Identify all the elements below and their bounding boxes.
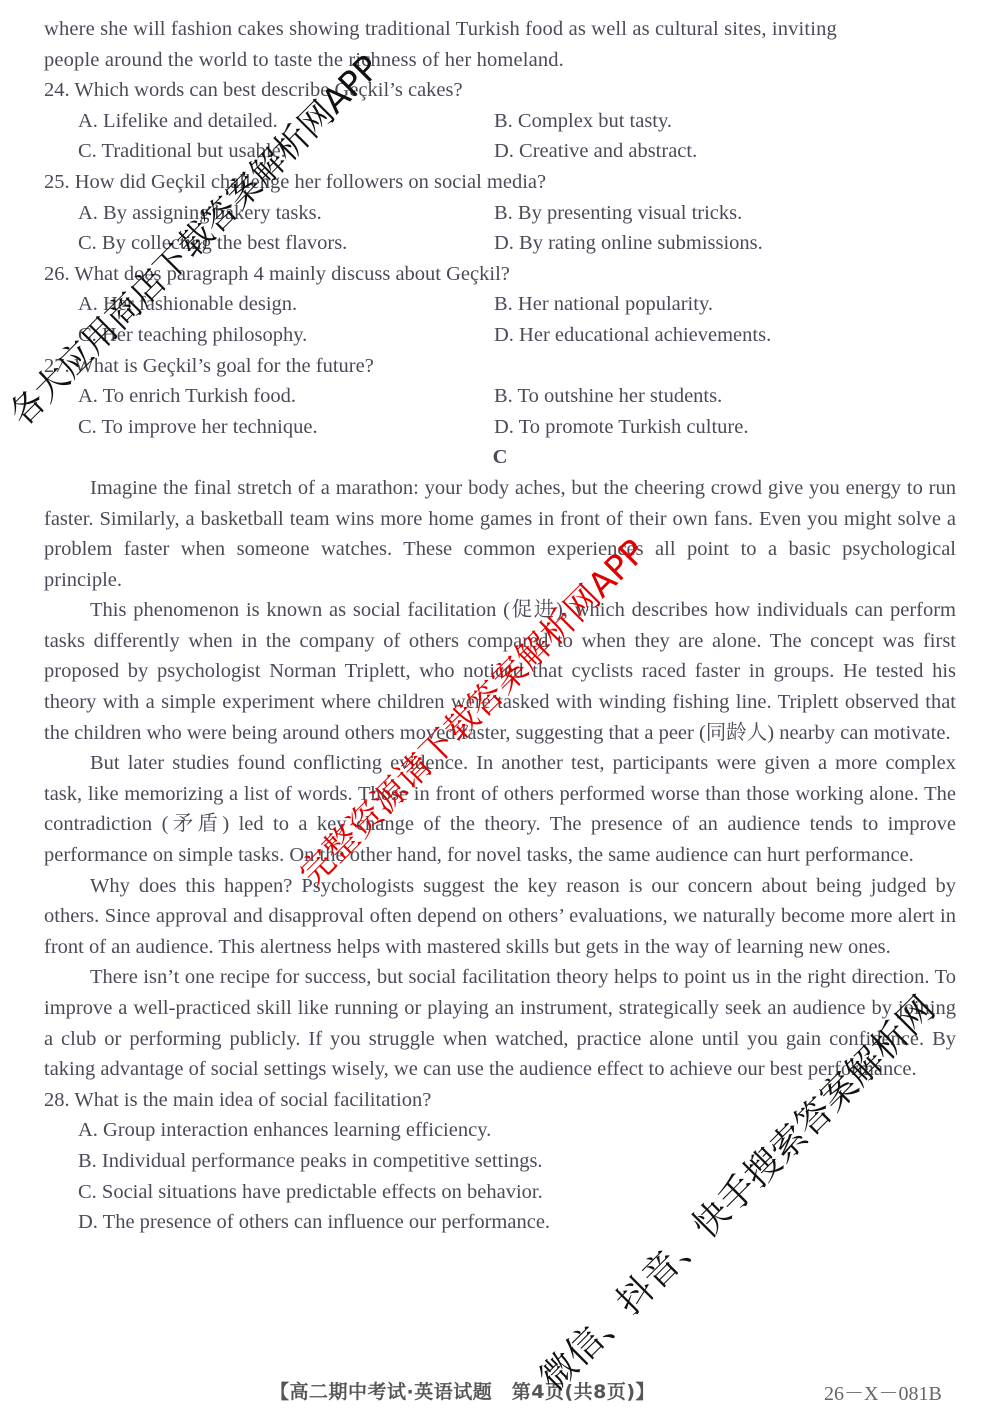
question-stem: 28. What is the main idea of social faci… xyxy=(44,1085,956,1116)
option-b: B. Complex but tasty. xyxy=(494,106,956,137)
section-heading: C xyxy=(44,442,956,473)
question-27: 27. What is Geçkil’s goal for the future… xyxy=(44,351,956,443)
option-d: D. By rating online submissions. xyxy=(494,228,956,259)
question-stem: 27. What is Geçkil’s goal for the future… xyxy=(44,351,956,382)
exam-code: 26－X－081B xyxy=(824,1377,942,1406)
passage-paragraph-2: This phenomenon is known as social facil… xyxy=(44,595,956,748)
option-c: C. By collecting the best flavors. xyxy=(78,228,494,259)
option-a: A. By assigning bakery tasks. xyxy=(78,198,494,229)
option-b: B. To outshine her students. xyxy=(494,381,956,412)
option-d: D. Her educational achievements. xyxy=(494,320,956,351)
option-d: D. To promote Turkish culture. xyxy=(494,412,956,443)
question-stem: 25. How did Geçkil challenge her followe… xyxy=(44,167,956,198)
question-26: 26. What does paragraph 4 mainly discuss… xyxy=(44,259,956,351)
option-b: B. Her national popularity. xyxy=(494,289,956,320)
question-stem: 24. Which words can best describe Geçkil… xyxy=(44,75,956,106)
option-a: A. Group interaction enhances learning e… xyxy=(44,1115,956,1146)
question-stem: 26. What does paragraph 4 mainly discuss… xyxy=(44,259,956,290)
question-25: 25. How did Geçkil challenge her followe… xyxy=(44,167,956,259)
option-b: B. Individual performance peaks in compe… xyxy=(44,1146,956,1177)
question-24: 24. Which words can best describe Geçkil… xyxy=(44,75,956,167)
option-c: C. Social situations have predictable ef… xyxy=(44,1177,956,1208)
exam-page: where she will fashion cakes showing tra… xyxy=(44,14,956,1238)
passage-paragraph-1: Imagine the final stretch of a marathon:… xyxy=(44,473,956,595)
passage-paragraph-4: Why does this happen? Psychologists sugg… xyxy=(44,871,956,963)
page-footer-label: 【高二期中考试·英语试题 第4页(共8页)】 xyxy=(270,1377,655,1404)
option-c: C. To improve her technique. xyxy=(78,412,494,443)
option-d: D. The presence of others can influence … xyxy=(44,1207,956,1238)
passage-paragraph-3: But later studies found conflicting evid… xyxy=(44,748,956,870)
passage-paragraph-5: There isn’t one recipe for success, but … xyxy=(44,962,956,1084)
option-a: A. Her fashionable design. xyxy=(78,289,494,320)
intro-line: people around the world to taste the ric… xyxy=(44,45,956,76)
option-d: D. Creative and abstract. xyxy=(494,136,956,167)
option-a: A. Lifelike and detailed. xyxy=(78,106,494,137)
option-b: B. By presenting visual tricks. xyxy=(494,198,956,229)
option-c: C. Her teaching philosophy. xyxy=(78,320,494,351)
option-c: C. Traditional but usable. xyxy=(78,136,494,167)
question-28: 28. What is the main idea of social faci… xyxy=(44,1085,956,1238)
intro-line: where she will fashion cakes showing tra… xyxy=(44,14,956,45)
option-a: A. To enrich Turkish food. xyxy=(78,381,494,412)
